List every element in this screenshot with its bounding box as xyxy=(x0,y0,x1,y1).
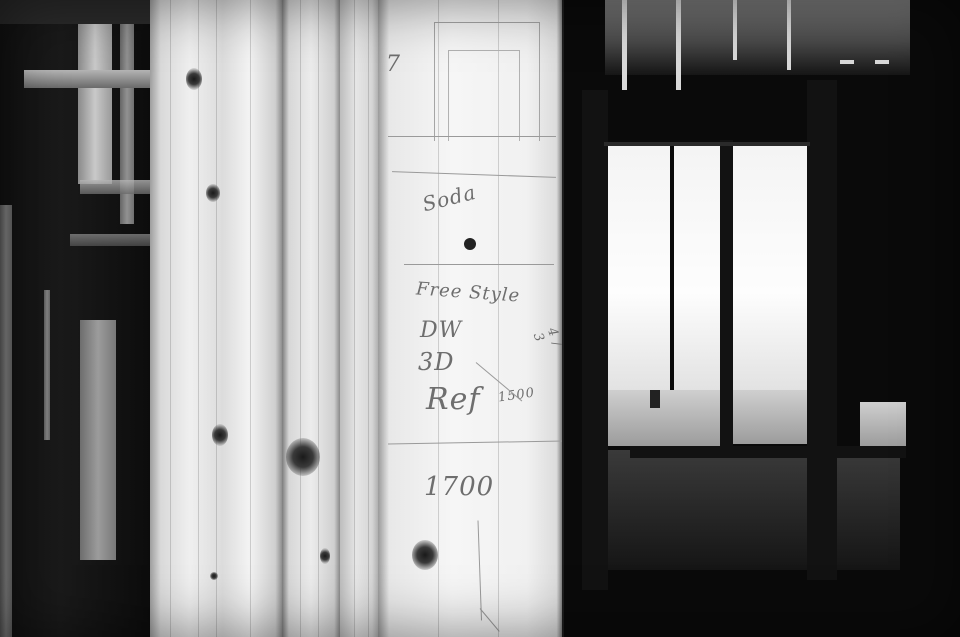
window-mullion xyxy=(720,140,733,450)
lit-floor xyxy=(608,390,720,446)
lit-floor xyxy=(733,390,807,444)
construction-photo: 7 Soda Free Style DW 3D Ref 1500 4 / 3 1… xyxy=(0,0,960,637)
wood-knot xyxy=(320,548,330,564)
joist xyxy=(676,0,681,90)
wood-knot xyxy=(206,184,220,202)
wood-knot xyxy=(212,424,228,446)
frame-post xyxy=(807,80,837,580)
sill-plate xyxy=(630,446,906,458)
pencil-note: DW xyxy=(420,318,462,343)
pencil-note: 3D xyxy=(418,348,455,376)
window-pane xyxy=(608,146,670,391)
left-stud xyxy=(0,205,12,637)
window-header xyxy=(604,142,810,146)
wood-knot xyxy=(210,572,218,580)
floor-object xyxy=(650,390,660,408)
ceiling-joists xyxy=(605,0,910,75)
joist xyxy=(622,0,627,90)
wood-knot xyxy=(186,68,202,90)
pencil-sketch-inner-frame xyxy=(448,50,520,141)
stair-tread xyxy=(70,234,150,246)
pencil-note: Free Style xyxy=(415,278,520,306)
stair-tread xyxy=(24,70,150,88)
lower-stud xyxy=(80,320,116,560)
stair-tread xyxy=(80,180,150,194)
pencil-note: Ref xyxy=(426,382,480,417)
wall-stud-1 xyxy=(150,0,282,637)
stair-stud xyxy=(78,24,112,184)
pencil-arrow-head xyxy=(480,608,500,632)
pencil-mark: 7 xyxy=(386,52,401,77)
wall-stud-annotated: 7 Soda Free Style DW 3D Ref 1500 4 / 3 1… xyxy=(378,0,564,637)
joist-end xyxy=(875,60,889,64)
wall-stud-2 xyxy=(282,0,340,637)
drill-hole xyxy=(464,238,476,250)
joist-end xyxy=(840,60,854,64)
room-floor xyxy=(600,450,900,570)
lit-floor xyxy=(860,402,906,446)
pencil-signature: Soda xyxy=(420,180,479,216)
frame-post xyxy=(582,90,608,590)
joist xyxy=(733,0,737,60)
lower-stud xyxy=(44,290,50,440)
window-pane xyxy=(733,146,807,391)
pencil-number: 1700 xyxy=(424,472,494,502)
joist xyxy=(787,0,791,70)
wood-knot xyxy=(286,438,320,476)
stair-stud xyxy=(120,24,134,224)
wall-stud-3 xyxy=(340,0,380,637)
header-beam xyxy=(0,0,150,24)
window-pane xyxy=(674,146,720,391)
wood-knot xyxy=(412,540,438,570)
pencil-arrow-shaft xyxy=(478,520,482,620)
